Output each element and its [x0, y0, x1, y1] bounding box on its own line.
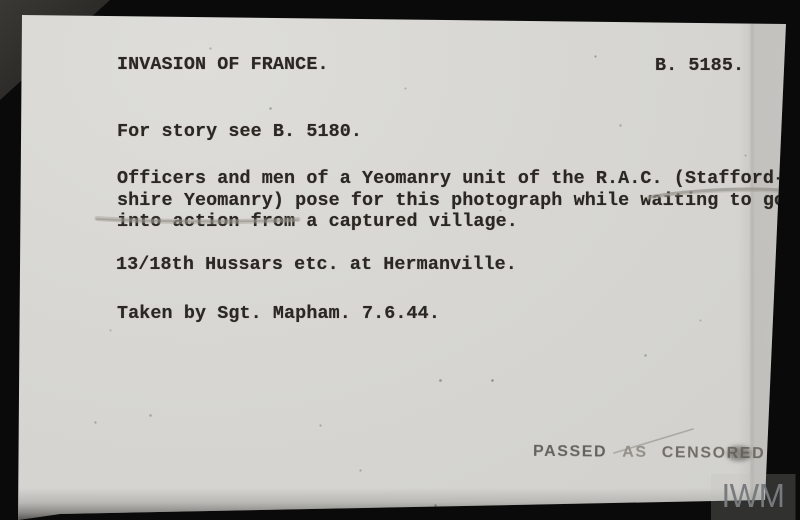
caption-card: INVASION OF FRANCE. B. 5185. For story s…	[0, 0, 800, 520]
censor-stamp: PASSED AS CENSORED	[533, 443, 765, 463]
bottom-edge-shadow	[0, 488, 800, 520]
caption-line-1: Officers and men of a Yeomanry unit of t…	[117, 168, 785, 190]
caption-line-2: shire Yeomanry) pose for this photograph…	[117, 190, 785, 212]
iwm-watermark: IWM	[711, 474, 796, 520]
caption-paragraph: Officers and men of a Yeomanry unit of t…	[117, 168, 785, 233]
card-crease	[738, 0, 800, 520]
reference-number: B. 5185.	[655, 55, 744, 76]
censor-stamp-word: AS	[622, 444, 648, 461]
censor-stamp-word: PASSED	[533, 443, 607, 461]
story-reference: For story see B. 5180.	[117, 121, 362, 142]
censor-stamp-word: CENSORED	[662, 444, 766, 462]
photographer-credit-line: Taken by Sgt. Mapham. 7.6.44.	[117, 303, 440, 324]
scanned-caption-card-photo: INVASION OF FRANCE. B. 5185. For story s…	[0, 0, 800, 520]
card-title: INVASION OF FRANCE.	[117, 54, 329, 75]
caption-line-3: into action from a captured village.	[117, 211, 785, 233]
unit-location-line: 13/18th Hussars etc. at Hermanville.	[116, 254, 517, 275]
